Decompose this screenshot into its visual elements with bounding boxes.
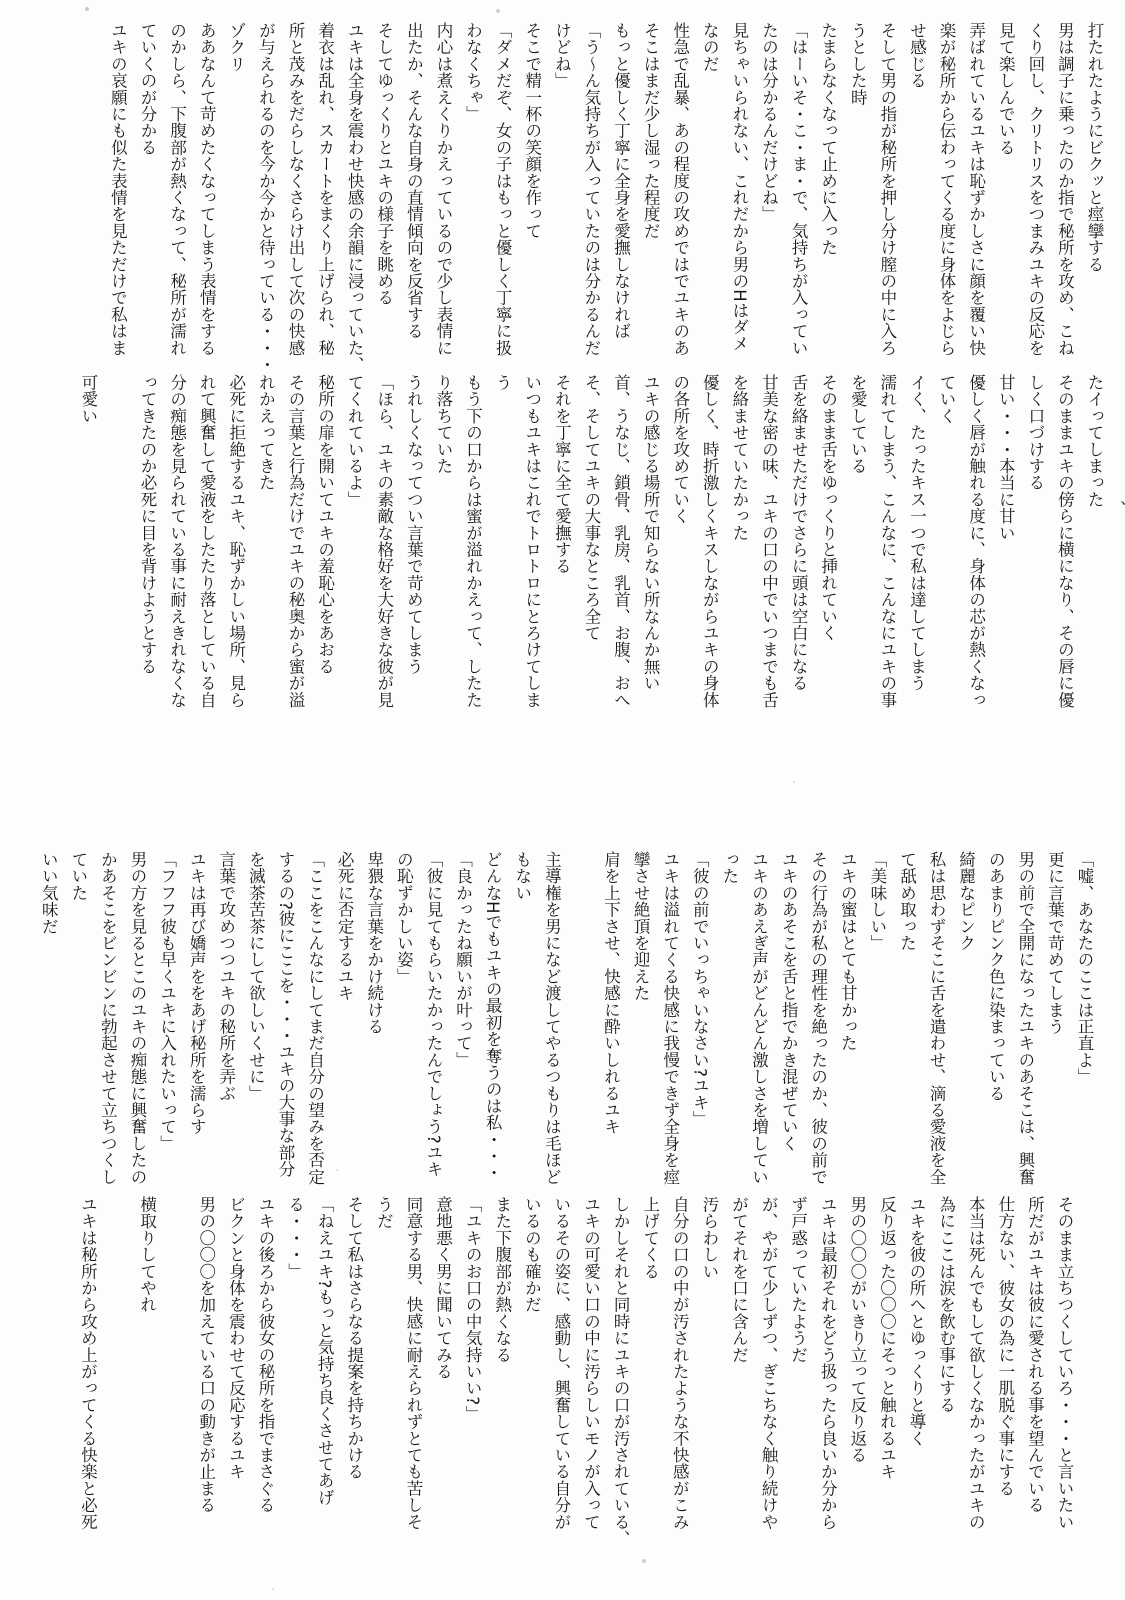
text-line: 優しく唇が触れる度に、身体の芯が熱くなっ: [961, 374, 991, 716]
text-line: 秘所の扉を開いてユキの羞恥心をあおる: [310, 374, 340, 716]
text-line: 内心は煮えくりかえっているので少し表情に: [428, 22, 458, 368]
text-line: のあまりピンク色に染まっている: [981, 851, 1011, 1189]
text-line: せ感じる: [902, 22, 932, 368]
text-line: もっと優しく丁寧に全身を愛撫しなければ: [606, 22, 636, 368]
text-line: ず戸惑っていたようだ: [783, 1196, 813, 1538]
text-line: そして私はさらなる提案を持ちかける: [339, 1196, 369, 1538]
text-line: いるのも確かだ: [517, 1196, 547, 1538]
text-line: う: [488, 374, 518, 716]
text-line: ユキは全身を震わせ快感の余韻に浸っていた、: [340, 22, 370, 368]
text-line: 「ここをこんなにしてまだ自分の望みを否定: [300, 851, 330, 1189]
text-line: 出たか、そんな自身の直情傾向を反省する: [399, 22, 429, 368]
text-line: った: [714, 851, 744, 1189]
text-line: 必死に否定するユキ: [330, 851, 360, 1189]
text-line: 濡れてしまう、こんなに、こんなにユキの事: [872, 374, 902, 716]
text-line: するの?彼にここを・・・ユキの大事な部分: [270, 851, 300, 1189]
text-line: 男の〇〇〇を加えている口の動きが止まる: [191, 1196, 221, 1538]
text-line: もない: [507, 851, 537, 1189]
text-line: が与えられるのを今か今かと待っている・・・: [251, 22, 281, 368]
text-line: また下腹部が熱くなる: [487, 1196, 517, 1538]
text-line: 所だがユキは彼に愛される事を望んでいる: [1020, 1196, 1050, 1538]
text-line: そのままユキの傍らに横になり、その唇に優: [1050, 374, 1080, 716]
text-line: の各所を攻めていく: [665, 374, 695, 716]
text-line: ユキは最初それをどう扱ったら良いか分から: [813, 1196, 843, 1538]
text-line: ていた: [63, 851, 93, 1189]
text-line: その言葉と行為だけでユキの秘奥から蜜が溢: [280, 374, 310, 716]
text-line: 綺麗なピンク: [951, 851, 981, 1189]
text-line: 打たれたようにビクッと痙攣する: [1079, 22, 1109, 368]
text-line: かあそこをビンビンに勃起させて立ちつくし: [93, 851, 123, 1189]
text-line: たまらなくなって止めに入った: [813, 22, 843, 368]
text-line: そのまま舌をゆっくりと挿れていく: [813, 374, 843, 716]
text-line: 甘い・・・本当に甘い: [991, 374, 1021, 716]
text-line: 卑猥な言葉をかけ続ける: [359, 851, 389, 1189]
text-line: わなくちゃ」: [458, 22, 488, 368]
text-line: 「ほら、ユキの素敵な格好を大好きな彼が見: [369, 374, 399, 716]
text-line: 自分の口の中が汚されたような不快感がこみ: [665, 1196, 695, 1538]
text-line: 「う〜ん気持ちが入っていたのは分かるんだ: [576, 22, 606, 368]
text-line: うとした時: [843, 22, 873, 368]
text-line: そ、そしてユキの大事なところ全て: [576, 374, 606, 716]
text-line: 「美味しい」: [862, 851, 892, 1189]
text-line: れかえってきた: [251, 374, 281, 716]
text-line: 言葉で攻めつつユキの秘所を弄ぶ: [211, 851, 241, 1189]
text-line: それを丁寧に全て愛撫する: [547, 374, 577, 716]
text-line: 肩を上下させ、快感に酔いしれるユキ: [596, 851, 626, 1189]
text-line: [103, 374, 133, 716]
text-line: うだ: [369, 1196, 399, 1538]
text-line: 汚らわしい: [694, 1196, 724, 1538]
text-line: ユキのあそこを舌と指でかき混ぜていく: [773, 851, 803, 1189]
text-line: 見て楽しんでいる: [991, 22, 1021, 368]
text-line: [162, 1196, 192, 1538]
text-line: れて興奮して愛液をしたたり落としている自: [192, 374, 222, 716]
text-line: うれしくなってつい言葉で苛めてしまう: [399, 374, 429, 716]
text-line: 必死に拒絶するユキ、恥ずかしい場所、見ら: [221, 374, 251, 716]
text-line: 「はーいそ・こ・ま・で、気持ちが入ってい: [783, 22, 813, 368]
text-line: 首、うなじ、鎖骨、乳房、乳首、お腹、おへ: [606, 374, 636, 716]
text-line: 「ねえユキ?もっと気持ち良くさせてあげ: [310, 1196, 340, 1538]
text-line: 攣させ絶頂を迎えた: [626, 851, 656, 1189]
text-line: 同意する男、快感に耐えられずとても苦しそ: [398, 1196, 428, 1538]
text-line: ユキは再び嬌声ををあげ秘所を濡らす: [182, 851, 212, 1189]
text-block-top-lower: たイってしまったそのままユキの傍らに横になり、その唇に優しく口づけする甘い・・・…: [73, 374, 1109, 716]
text-line: がてそれを口に含んだ: [724, 1196, 754, 1538]
text-line: 舌を絡ませただけでさらに頭は空白になる: [783, 374, 813, 716]
text-line: のかしら、下腹部が熱くなって、秘所が濡れ: [162, 22, 192, 368]
text-line: 弄ばれているユキは恥ずかしさに顔を覆い快: [961, 22, 991, 368]
text-line: 「彼の前でいっちゃいなさい?ユキ」: [685, 851, 715, 1189]
text-line: 更に言葉で苛めてしまう: [1040, 851, 1070, 1189]
text-line: たのは分かるんだけどね」: [754, 22, 784, 368]
text-line: 横取りしてやれ: [132, 1196, 162, 1538]
text-line: 優しく、時折激しくキスしながらユキの身体: [695, 374, 725, 716]
text-line: ユキの蜜はとても甘かった: [833, 851, 863, 1189]
text-line: 「嘘、あなたのここは正直よ」: [1069, 851, 1099, 1189]
text-line: ていくのが分かる: [132, 22, 162, 368]
text-line: いい気味だ: [34, 851, 64, 1189]
text-line: を絡ませていたかった: [724, 374, 754, 716]
text-line: 本当は死んでもして欲しくなかったがユキの: [961, 1196, 991, 1538]
text-line: ユキの感じる場所で知らない所なんか無い: [636, 374, 666, 716]
text-line: 「ダメだぞ、女の子はもっと優しく丁寧に扱: [488, 22, 518, 368]
text-line: てくれているよ」: [340, 374, 370, 716]
text-line: そのまま立ちつくしていろ・・・と言いたい: [1049, 1196, 1079, 1538]
text-line: 仕方ない、彼女の為に一肌脱ぐ事にする: [990, 1196, 1020, 1538]
text-line: 分の痴態を見られている事に耐えきれなくな: [162, 374, 192, 716]
text-line: 楽が秘所から伝わってくる度に身体をよじら: [931, 22, 961, 368]
text-line: 男の方を見るとこのユキの痴態に興奮したの: [122, 851, 152, 1189]
text-block-bottom-lower: そのまま立ちつくしていろ・・・と言いたい所だがユキは彼に愛される事を望んでいる仕…: [73, 1196, 1079, 1538]
text-line: けどね」: [547, 22, 577, 368]
text-line: を愛している: [843, 374, 873, 716]
text-line: ユキを彼の所へとゆっくりと導く: [901, 1196, 931, 1538]
text-line: たイってしまった: [1079, 374, 1109, 716]
text-line: そして男の指が秘所を押し分け膣の中に入ろ: [872, 22, 902, 368]
text-line: 「彼に見てもらいたかったんでしょう?ユキ: [418, 851, 448, 1189]
text-line: 意地悪く男に聞いてみる: [428, 1196, 458, 1538]
text-line: [102, 1196, 132, 1538]
text-line: 着衣は乱れ、スカートをまくり上げられ、秘: [310, 22, 340, 368]
text-line: 可愛い: [73, 374, 103, 716]
text-line: もう下の口からは蜜が溢れかえって、したた: [458, 374, 488, 716]
text-line: 主導権を男になど渡してやるつもりは毛ほど: [537, 851, 567, 1189]
text-line: 「ユキのお口の中気持いい?」: [458, 1196, 488, 1538]
text-line: が、やがて少しずつ、ぎこちなく触り続けや: [753, 1196, 783, 1538]
text-line: を滅茶苦茶にして欲しいくせに」: [241, 851, 271, 1189]
text-line: 所と茂みをだらしなくさらけ出して次の快感: [280, 22, 310, 368]
text-line: 見ちゃいられない、これだから男のHはダメ: [724, 22, 754, 368]
text-line: ってきたのか必死に目を背けようとする: [132, 374, 162, 716]
text-line: いるその姿に、感動し、興奮している自分が: [546, 1196, 576, 1538]
text-line: ビクンと身体を震わせて反応するユキ: [221, 1196, 251, 1538]
text-line: そしてゆっくりとユキの様子を眺める: [369, 22, 399, 368]
text-line: 男の前で全開になったユキのあそこは、興奮: [1010, 851, 1040, 1189]
text-line: 私は思わずそこに舌を遣わせ、滴る愛液を全: [921, 851, 951, 1189]
text-line: [566, 851, 596, 1189]
text-line: そこはまだ少し湿った程度だ: [636, 22, 666, 368]
text-line: ユキの可愛い口の中に汚らしいモノが入って: [576, 1196, 606, 1538]
text-line: しかしそれと同時にユキの口が汚されている、: [606, 1196, 636, 1538]
text-line: の恥ずかしい姿」: [389, 851, 419, 1189]
text-line: て舐め取った: [892, 851, 922, 1189]
text-line: 反り返った〇〇〇にそっと触れるユキ: [872, 1196, 902, 1538]
text-line: ユキの後ろから彼女の秘所を指でまさぐる: [250, 1196, 280, 1538]
text-line: ゾクリ: [221, 22, 251, 368]
text-line: そこで精一杯の笑顔を作って: [517, 22, 547, 368]
scanned-page: 打たれたようにビクッと痙攣する男は調子に乗ったのか指で秘所を攻め、こねくり回し、…: [0, 0, 1125, 1600]
text-line: 性急で乱暴、あの程度の攻めではでユキのあ: [665, 22, 695, 368]
stray-comma-mark: 、: [1104, 500, 1125, 517]
text-line: どんなHでもユキの最初を奪うのは私・・・: [478, 851, 508, 1189]
text-line: り落ちていた: [428, 374, 458, 716]
text-line: 男の〇〇〇がいきり立って反り返る: [842, 1196, 872, 1538]
text-line: 男は調子に乗ったのか指で秘所を攻め、こね: [1050, 22, 1080, 368]
text-line: ていく: [931, 374, 961, 716]
text-line: くり回し、クリトリスをつまみユキの反応を: [1020, 22, 1050, 368]
text-line: ユキの哀願にも似た表情を見ただけで私はま: [103, 22, 133, 368]
text-line: その行為が私の理性を絶ったのか、彼の前で: [803, 851, 833, 1189]
text-line: 甘美な密の味、ユキの口の中でいつまでも舌: [754, 374, 784, 716]
text-line: ユキは溢れてくる快感に我慢できず全身を痙: [655, 851, 685, 1189]
text-line: 「フフフ彼も早くユキに入れたいって」: [152, 851, 182, 1189]
text-block-bottom-upper: 「嘘、あなたのここは正直よ」更に言葉で苛めてしまう男の前で全開になったユキのあそ…: [34, 851, 1099, 1189]
text-line: 「良かったね願いが叶って」: [448, 851, 478, 1189]
text-line: 上げてくる: [635, 1196, 665, 1538]
text-line: る・・・」: [280, 1196, 310, 1538]
text-line: ユキのあえぎ声がどんどん激しさを増してい: [744, 851, 774, 1189]
text-block-top-upper: 打たれたようにビクッと痙攣する男は調子に乗ったのか指で秘所を攻め、こねくり回し、…: [103, 22, 1109, 368]
text-line: 為にここは涙を飲む事にする: [931, 1196, 961, 1538]
text-line: なのだ: [695, 22, 725, 368]
text-line: しく口づけする: [1020, 374, 1050, 716]
text-line: ユキは秘所から攻め上がってくる快楽と必死: [73, 1196, 103, 1538]
text-line: いつもユキはこれでトロトロにとろけてしま: [517, 374, 547, 716]
text-line: イく、たったキス一つで私は達してしまう: [902, 374, 932, 716]
scan-speck: [0, 0, 2, 2]
text-line: ああなんて苛めたくなってしまう表情をする: [192, 22, 222, 368]
